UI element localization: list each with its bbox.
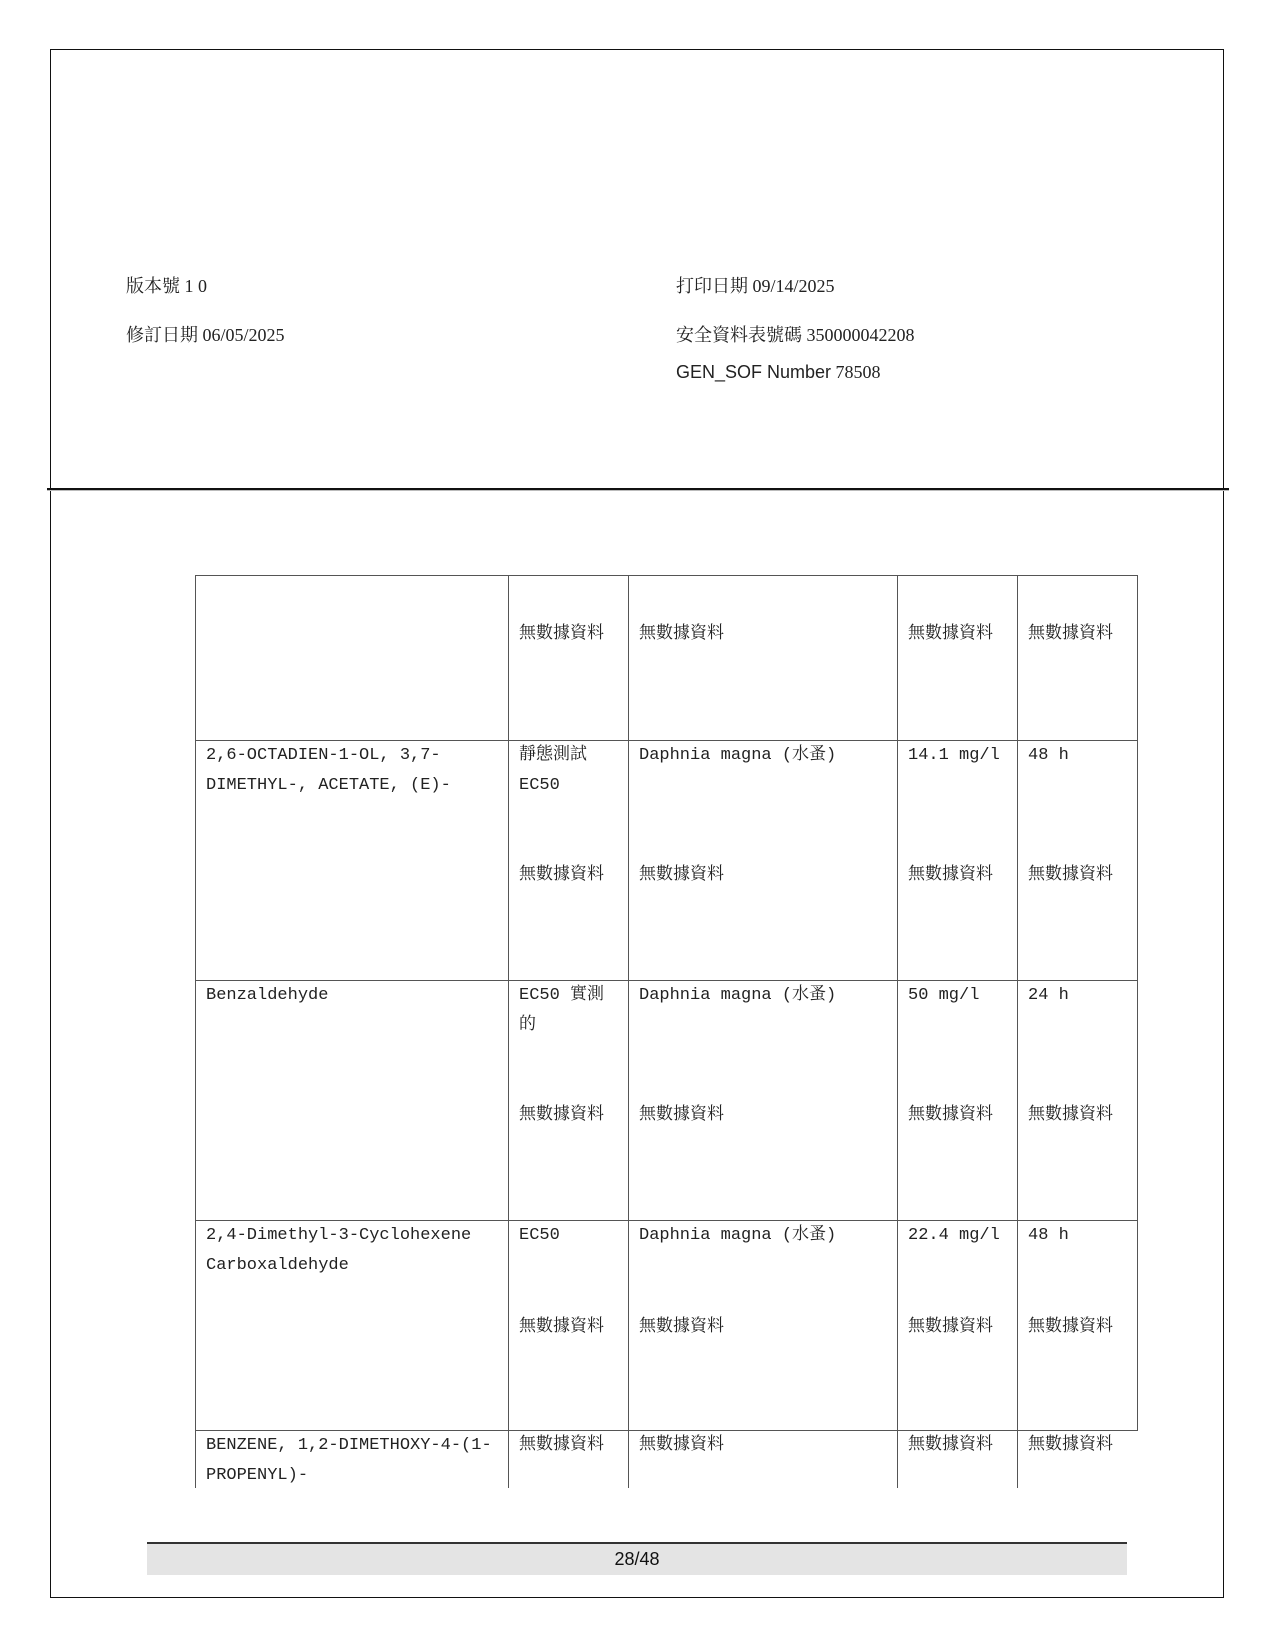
duration-text: 24 h (1028, 981, 1127, 1101)
page-footer: 28/48 (147, 1542, 1127, 1575)
duration-cell: 48 h 無數據資料 (1018, 1221, 1138, 1431)
duration-text: 無數據資料 (1028, 1313, 1127, 1343)
species-cell: Daphnia magna (水蚤) 無數據資料 (629, 981, 898, 1221)
value-text: 無數據資料 (908, 861, 1007, 891)
value-cell: 22.4 mg/l 無數據資料 (898, 1221, 1018, 1431)
table-row: 2,6-OCTADIEN-1-OL, 3,7-DIMETHYL-, ACETAT… (196, 741, 1138, 981)
value-cell: 14.1 mg/l 無數據資料 (898, 741, 1018, 981)
species-text: Daphnia magna (水蚤) (639, 1221, 887, 1313)
species-text: 無數據資料 (639, 1101, 887, 1131)
species-text: 無數據資料 (639, 576, 887, 650)
substance-cell (196, 576, 509, 741)
test-text: 無數據資料 (519, 1101, 618, 1131)
table-row: 2,4-Dimethyl-3-Cyclohexene Carboxaldehyd… (196, 1221, 1138, 1431)
duration-text: 48 h (1028, 741, 1127, 861)
version-number: 版本號 1 0 (126, 272, 207, 298)
species-cell: Daphnia magna (水蚤) 無數據資料 (629, 741, 898, 981)
sds-number: 安全資料表號碼 350000042208 (676, 321, 915, 347)
value-cell: 50 mg/l 無數據資料 (898, 981, 1018, 1221)
species-cell: Daphnia magna (水蚤) 無數據資料 (629, 1221, 898, 1431)
ecotoxicity-table: 無數據資料 無數據資料 無數據資料 無數據資料 2,6-OCTADIEN-1-O… (195, 575, 1138, 1431)
duration-cell: 48 h 無數據資料 (1018, 741, 1138, 981)
value-text: 22.4 mg/l (908, 1221, 1007, 1313)
revision-date: 修訂日期 06/05/2025 (126, 321, 285, 347)
species-cell: 無數據資料 (629, 1431, 898, 1489)
value-text: 無數據資料 (908, 576, 1007, 650)
substance-cell: 2,6-OCTADIEN-1-OL, 3,7-DIMETHYL-, ACETAT… (196, 741, 509, 981)
table-row: 無數據資料 無數據資料 無數據資料 無數據資料 (196, 576, 1138, 741)
species-text: 無數據資料 (639, 1313, 887, 1343)
duration-text: 無數據資料 (1028, 576, 1127, 650)
substance-cell: Benzaldehyde (196, 981, 509, 1221)
duration-cell: 無數據資料 (1018, 576, 1138, 741)
header-divider (47, 488, 1229, 491)
table-continuation: BENZENE, 1,2-DIMETHOXY-4-(1-PROPENYL)- 無… (195, 1430, 1137, 1488)
test-cell: EC50 無數據資料 (509, 1221, 629, 1431)
test-text: EC50 實測的 (519, 981, 618, 1101)
duration-cell: 無數據資料 (1018, 1431, 1138, 1489)
species-cell: 無數據資料 (629, 576, 898, 741)
duration-cell: 24 h 無數據資料 (1018, 981, 1138, 1221)
value-cell: 無數據資料 (898, 1431, 1018, 1489)
species-text: Daphnia magna (水蚤) (639, 981, 887, 1101)
test-text: 無數據資料 (519, 1313, 618, 1343)
duration-text: 48 h (1028, 1221, 1127, 1313)
duration-text: 無數據資料 (1028, 861, 1127, 891)
value-text: 14.1 mg/l (908, 741, 1007, 861)
value-text: 無數據資料 (908, 1101, 1007, 1131)
table-row: BENZENE, 1,2-DIMETHOXY-4-(1-PROPENYL)- 無… (196, 1431, 1138, 1489)
duration-text: 無數據資料 (1028, 1101, 1127, 1131)
print-date: 打印日期 09/14/2025 (676, 272, 835, 298)
test-text: 靜態測試 EC50 (519, 741, 618, 861)
species-text: 無數據資料 (639, 861, 887, 891)
gen-sof-value: 78508 (836, 362, 881, 382)
test-text: 無數據資料 (519, 861, 618, 891)
substance-cell: BENZENE, 1,2-DIMETHOXY-4-(1-PROPENYL)- (196, 1431, 509, 1489)
test-cell: 靜態測試 EC50 無數據資料 (509, 741, 629, 981)
species-text: Daphnia magna (水蚤) (639, 741, 887, 861)
gen-sof-label: GEN_SOF Number (676, 362, 831, 382)
page-indicator: 28/48 (614, 1549, 659, 1569)
test-text: 無數據資料 (519, 576, 618, 650)
gen-sof-number: GEN_SOF Number 78508 (676, 362, 881, 383)
substance-cell: 2,4-Dimethyl-3-Cyclohexene Carboxaldehyd… (196, 1221, 509, 1431)
ecotoxicity-table-partial: BENZENE, 1,2-DIMETHOXY-4-(1-PROPENYL)- 無… (195, 1430, 1137, 1488)
value-cell: 無數據資料 (898, 576, 1018, 741)
test-cell: EC50 實測的 無數據資料 (509, 981, 629, 1221)
value-text: 50 mg/l (908, 981, 1007, 1101)
test-cell: 無數據資料 (509, 576, 629, 741)
test-cell: 無數據資料 (509, 1431, 629, 1489)
table-row: Benzaldehyde EC50 實測的 無數據資料 Daphnia magn… (196, 981, 1138, 1221)
test-text: EC50 (519, 1221, 618, 1313)
value-text: 無數據資料 (908, 1313, 1007, 1343)
